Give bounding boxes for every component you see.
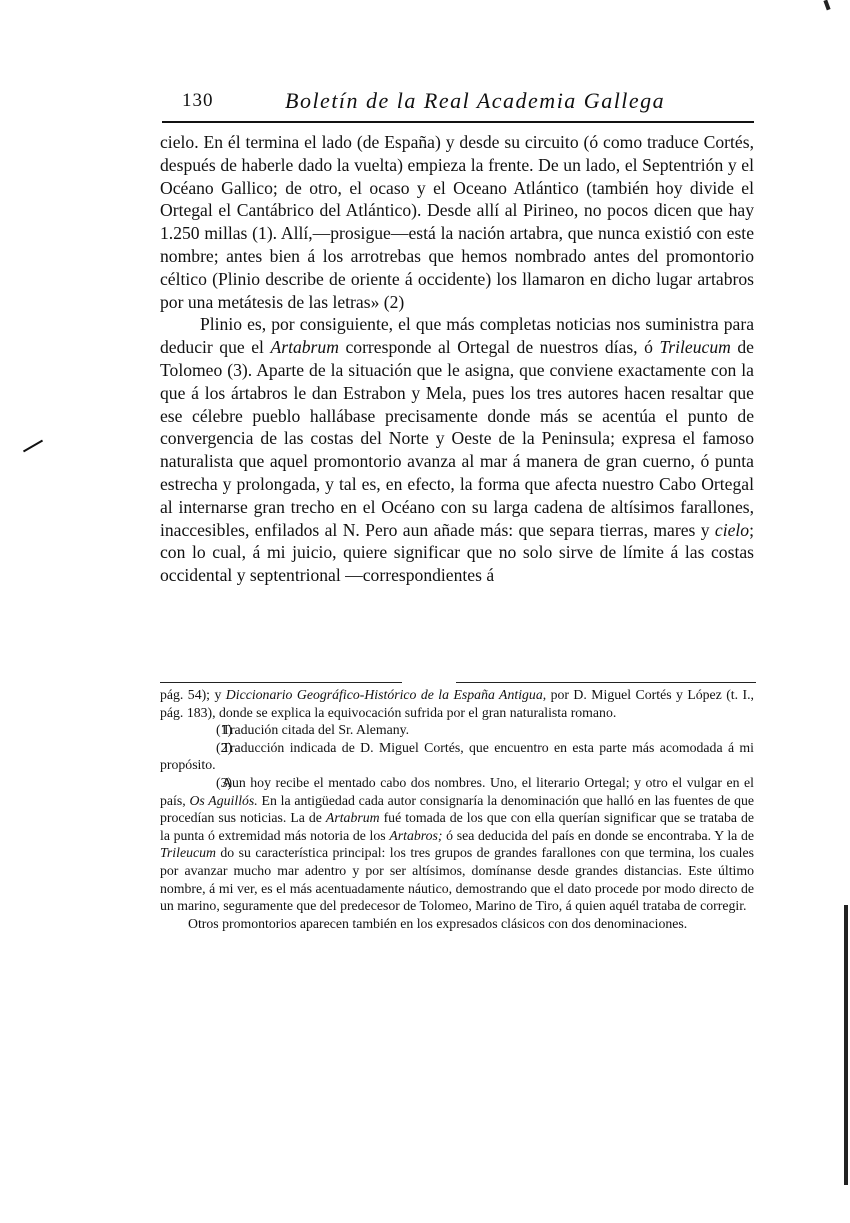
page-number: 130 [182, 90, 214, 112]
footnote-3: (3)Aun hoy recibe el mentado cabo dos no… [160, 774, 754, 915]
italic-term: Artabrum [326, 810, 380, 825]
footnote-rule [456, 682, 756, 683]
footnote-continuation: pág. 54); y Diccionario Geográfico-Histó… [160, 686, 754, 721]
body-text: cielo. En él termina el lado (de España)… [160, 131, 754, 587]
italic-title: Diccionario Geográfico-Histórico de la E… [226, 687, 543, 702]
text-run: corresponde al Ortegal de nuestros días,… [339, 337, 660, 357]
italic-term: Artabros; [389, 828, 442, 843]
footnote-number: (1) [188, 721, 222, 739]
footnote-number: (2) [188, 739, 222, 757]
running-title: Boletín de la Real Academia Gallega [285, 88, 665, 114]
footnote-text: Tradución citada del Sr. Alemany. [222, 722, 409, 737]
text-run: de Tolomeo (3). Aparte de la situación q… [160, 337, 754, 539]
document-page: 130 Boletín de la Real Academia Gallega … [0, 0, 850, 1223]
italic-term: Os Aguillós. [189, 793, 257, 808]
footnote-1: (1)Tradución citada del Sr. Alemany. [160, 721, 754, 739]
italic-term: Trileucum [160, 845, 216, 860]
text-run: ó sea deducida del país en donde se enco… [442, 828, 754, 843]
paragraph-2: Plinio es, por consiguiente, el que más … [160, 313, 754, 587]
paragraph-1: cielo. En él termina el lado (de España)… [160, 131, 754, 313]
header-rule [162, 121, 754, 123]
italic-term-cielo: cielo [715, 520, 749, 540]
scan-edge-shadow [844, 905, 848, 1185]
footnote-2: (2)Traducción indicada de D. Miguel Cort… [160, 739, 754, 774]
footnotes: pág. 54); y Diccionario Geográfico-Histó… [160, 686, 754, 932]
footnote-rule [160, 682, 402, 683]
running-header: 130 Boletín de la Real Academia Gallega [160, 88, 752, 114]
text-run: pág. 54); y [160, 687, 226, 702]
italic-term-artabrum: Artabrum [270, 337, 338, 357]
text-run: do su característica principal: los tres… [160, 845, 754, 913]
margin-pen-mark [23, 440, 43, 453]
italic-term-trileucum: Trileucum [659, 337, 730, 357]
footnote-number: (3) [188, 774, 222, 792]
footnote-text: Traducción indicada de D. Miguel Cortés,… [160, 740, 754, 773]
scan-corner-mark [823, 0, 830, 10]
footnote-closing: Otros promontorios aparecen también en l… [160, 915, 754, 933]
